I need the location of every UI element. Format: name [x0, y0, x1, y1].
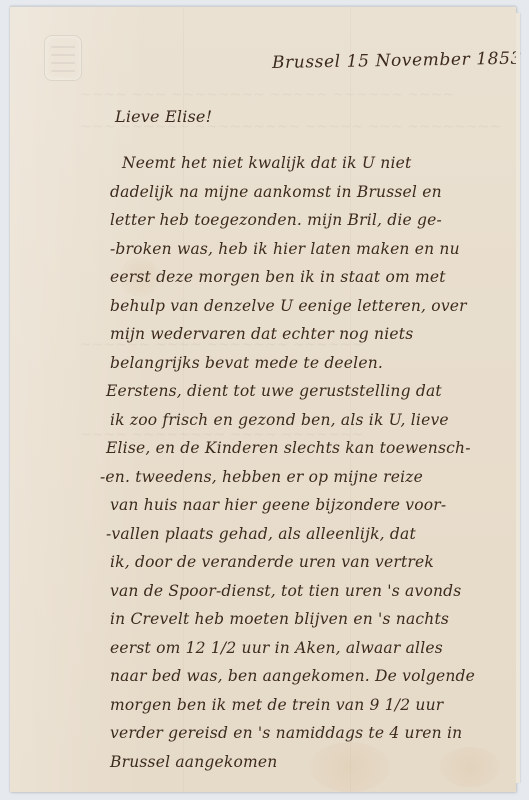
letter-salutation: Lieve Elise! [115, 107, 212, 126]
scan-background: ~~~~ ~~~ ~~~~~~~~ ~~~~~ ~~~~~~ ~~~~ ~~~ … [0, 0, 529, 800]
letter-body: Brussel 15 November 1853 Lieve Elise! Ne… [10, 7, 516, 792]
letter-sheet: ~~~~ ~~~ ~~~~~~~~ ~~~~~ ~~~~~~ ~~~~ ~~~ … [10, 6, 516, 792]
letter-line: -vallen plaats gehad, als alleenlijk, da… [106, 525, 416, 543]
letter-line: ik, door de veranderde uren van vertrek [110, 553, 434, 571]
letter-line: van de Spoor-dienst, tot tien uren 's av… [110, 582, 461, 600]
letter-line: -en. tweedens, hebben er op mijne reize [100, 468, 423, 486]
letter-line: letter heb toegezonden. mijn Bril, die g… [110, 211, 442, 229]
letter-line: Elise, en de Kinderen slechts kan toewen… [106, 439, 471, 457]
letter-line: ik zoo frisch en gezond ben, als ik U, l… [110, 411, 449, 429]
letter-line: mijn wedervaren dat echter nog niets [110, 325, 413, 343]
letter-line: verder gereisd en 's namiddags te 4 uren… [110, 724, 462, 742]
letter-line: naar bed was, ben aangekomen. De volgend… [110, 667, 475, 685]
letter-line: Brussel aangekomen [110, 753, 278, 771]
letter-line: van huis naar hier geene bijzondere voor… [110, 496, 446, 514]
letter-line: eerst deze morgen ben ik in staat om met [110, 268, 446, 286]
letter-line: behulp van denzelve U eenige letteren, o… [110, 297, 467, 315]
letter-line: -broken was, heb ik hier laten maken en … [110, 240, 460, 258]
letter-line: eerst om 12 1/2 uur in Aken, alwaar alle… [110, 639, 443, 657]
letter-line: in Crevelt heb moeten blijven en 's nach… [110, 610, 449, 628]
letter-line: belangrijks bevat mede te deelen. [110, 354, 383, 372]
letter-dateline: Brussel 15 November 1853 [272, 49, 522, 73]
letter-line: dadelijk na mijne aankomst in Brussel en [110, 183, 442, 201]
letter-line: Eerstens, dient tot uwe geruststelling d… [106, 382, 442, 400]
letter-line: Neemt het niet kwalijk dat ik U niet [122, 154, 411, 172]
letter-line: morgen ben ik met de trein van 9 1/2 uur [110, 696, 443, 714]
